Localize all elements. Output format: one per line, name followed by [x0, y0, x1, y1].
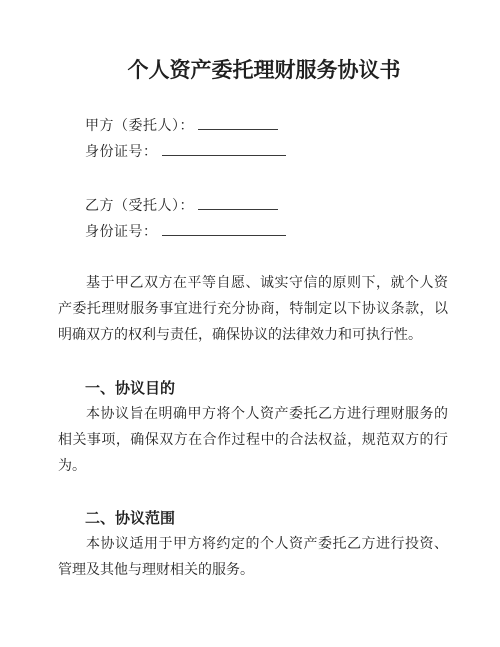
document-page: 个人资产委托理财服务协议书 甲方（委托人）： 身份证号： 乙方（受托人）： 身份… [0, 0, 500, 647]
party-a-block: 甲方（委托人）： 身份证号： [85, 114, 460, 166]
section-2-heading: 二、协议范围 [85, 506, 448, 532]
party-a-id-blank [162, 142, 286, 156]
intro-paragraph: 基于甲乙双方在平等自愿、诚实守信的原则下，就个人资产委托理财服务事宜进行充分协商… [58, 271, 448, 349]
party-b-block: 乙方（受托人）： 身份证号： [85, 194, 460, 246]
party-b-name-blank [198, 196, 278, 210]
party-a-name-blank [198, 116, 278, 130]
party-b-id-blank [162, 222, 286, 236]
party-a-name-line: 甲方（委托人）： [85, 114, 460, 140]
section-2-body: 本协议适用于甲方将约定的个人资产委托乙方进行投资、管理及其他与理财相关的服务。 [58, 532, 448, 584]
party-b-id-line: 身份证号： [85, 220, 460, 246]
party-a-id-line: 身份证号： [85, 140, 460, 166]
party-b-id-label: 身份证号： [85, 225, 158, 240]
party-b-name-line: 乙方（受托人）： [85, 194, 460, 220]
section-1-body: 本协议旨在明确甲方将个人资产委托乙方进行理财服务的相关事项，确保双方在合作过程中… [58, 402, 448, 480]
section-1-heading: 一、协议目的 [85, 376, 448, 402]
document-title: 个人资产委托理财服务协议书 [0, 0, 500, 84]
party-a-id-label: 身份证号： [85, 145, 158, 160]
party-b-label: 乙方（受托人）： [85, 199, 194, 214]
party-a-label: 甲方（委托人）： [85, 119, 194, 134]
